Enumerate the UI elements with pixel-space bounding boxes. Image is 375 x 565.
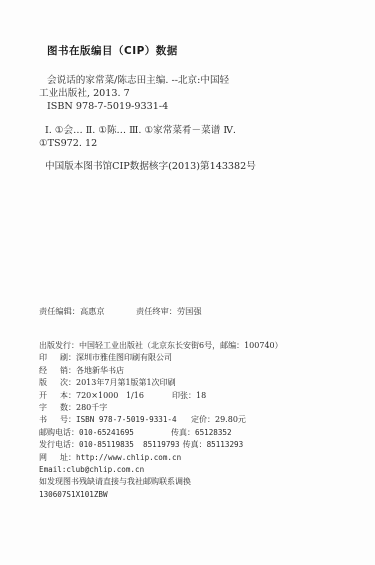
final-reviewer-name: 劳国强 bbox=[177, 306, 202, 316]
publisher-value: 中国轻工业出版社（北京东长安街6号，邮编：100740） bbox=[79, 340, 283, 352]
cip-entry-title: 会说话的家常菜/陈志田主编. --北京:中国轻 bbox=[47, 74, 229, 87]
distribution-phone-row: 发行电话：010-85119835 85119793传真：85113293 bbox=[39, 439, 283, 451]
website-row: 网址：http://www.chlip.com.cn bbox=[39, 452, 283, 464]
mail-fax-value: 65128352 bbox=[195, 427, 232, 439]
edition-row: 版次：2013年7月第1版第1次印刷 bbox=[39, 377, 283, 389]
sheets-value: 18 bbox=[196, 390, 206, 402]
cip-entry-isbn: ISBN 978-7-5019-9331-4 bbox=[47, 100, 168, 113]
isbn-row: 书号：ISBN 978-7-5019-9331-4定价：29.80元 bbox=[39, 414, 283, 426]
dist-phone-label: 发行电话： bbox=[39, 439, 79, 451]
cip-subject-headings: Ⅰ. ①会… Ⅱ. ①陈… Ⅲ. ①家常菜肴－菜谱 Ⅳ. bbox=[45, 124, 236, 137]
printer-row: 印刷：深圳市雅佳图印刷有限公司 bbox=[39, 352, 283, 364]
dist-phone-value: 010-85119835 85119793 bbox=[79, 439, 180, 451]
words-value: 280千字 bbox=[76, 402, 107, 414]
dist-fax-label: 传真： bbox=[183, 439, 207, 451]
publisher-row: 出版发行：中国轻工业出版社（北京东长安街6号，邮编：100740） bbox=[39, 340, 283, 352]
price-value: 29.80元 bbox=[215, 414, 246, 426]
code-row: 130607S1X101ZBW bbox=[39, 489, 283, 501]
print-code: 130607S1X101ZBW bbox=[39, 489, 108, 501]
notice-row: 如发现图书残缺请直接与我社邮购联系调换 bbox=[39, 476, 283, 488]
edition-value: 2013年7月第1版第1次印刷 bbox=[76, 377, 176, 389]
printer-value: 深圳市雅佳图印刷有限公司 bbox=[76, 352, 172, 364]
format-row: 开本：720×1000 1/16印张：18 bbox=[39, 390, 283, 402]
website-link[interactable]: http://www.chlip.com.cn bbox=[76, 452, 181, 464]
replacement-notice: 如发现图书残缺请直接与我社邮购联系调换 bbox=[39, 476, 191, 488]
final-reviewer: 责任终审：劳国强 bbox=[136, 306, 202, 317]
responsible-editor: 责任编辑：高惠京 bbox=[39, 306, 105, 317]
mail-fax-label: 传真： bbox=[171, 427, 195, 439]
cip-entry-publisher: 工业出版社, 2013. 7 bbox=[39, 87, 130, 100]
dist-fax-value: 85113293 bbox=[207, 439, 244, 451]
email-row: Email:club@chlip.com.cn bbox=[39, 464, 283, 476]
format-value: 720×1000 1/16 bbox=[76, 390, 154, 402]
editor-name: 高惠京 bbox=[80, 306, 105, 316]
mail-order-row: 邮购电话：010-65241695传真：65128352 bbox=[39, 427, 283, 439]
mail-phone-value: 010-65241695 bbox=[79, 427, 167, 439]
cip-title: 图书在版编目（CIP）数据 bbox=[47, 43, 178, 58]
cip-classification: ①TS972. 12 bbox=[39, 137, 97, 150]
mail-phone-label: 邮购电话： bbox=[39, 427, 79, 439]
isbn-value: ISBN 978-7-5019-9331-4 bbox=[76, 414, 183, 426]
words-row: 字数：280千字 bbox=[39, 402, 283, 414]
editor-label: 责任编辑： bbox=[39, 306, 80, 316]
publisher-label: 出版发行： bbox=[39, 340, 79, 352]
colophon: 出版发行：中国轻工业出版社（北京东长安街6号，邮编：100740） 印刷：深圳市… bbox=[39, 340, 283, 501]
final-reviewer-label: 责任终审： bbox=[136, 306, 177, 316]
distributor-value: 各地新华书店 bbox=[76, 365, 124, 377]
cip-record-number: 中国版本图书馆CIP数据核字(2013)第143382号 bbox=[45, 160, 256, 173]
email-link[interactable]: Email:club@chlip.com.cn bbox=[39, 464, 144, 476]
distributor-row: 经销：各地新华书店 bbox=[39, 365, 283, 377]
sheets-label: 印张： bbox=[172, 390, 196, 402]
price-label: 定价： bbox=[191, 414, 215, 426]
